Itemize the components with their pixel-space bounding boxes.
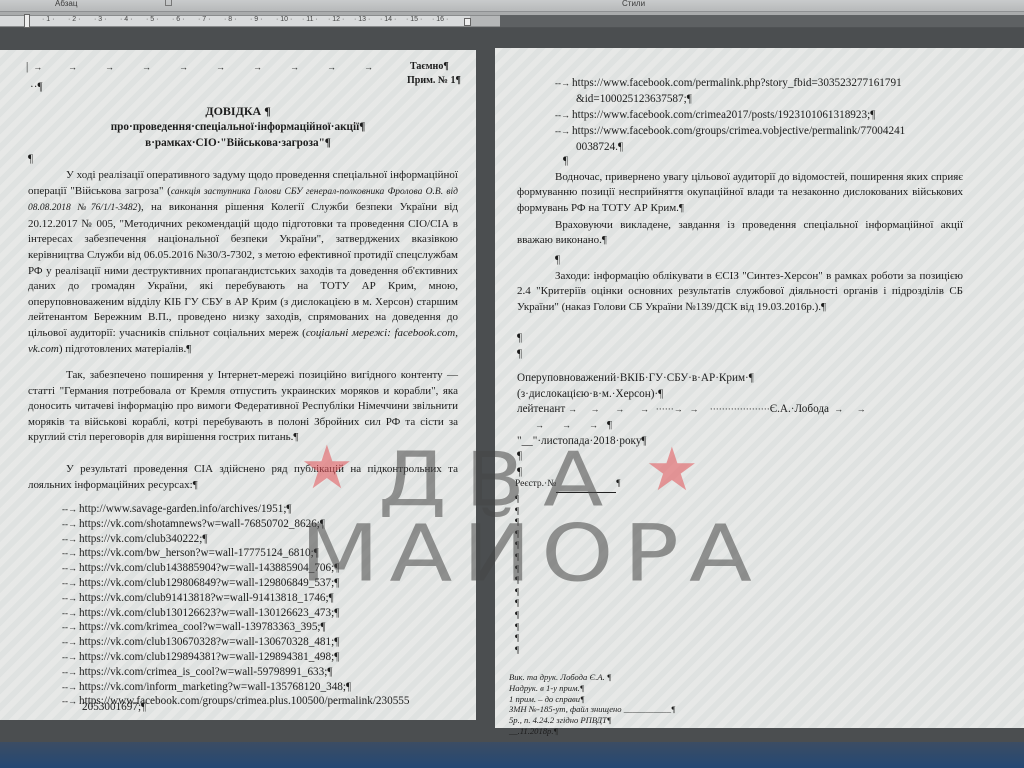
publication-link: --→https://vk.com/bw_herson?w=wall-17775… xyxy=(62,546,319,561)
publication-link: --→https://vk.com/crimea_is_cool?w=wall-… xyxy=(62,665,332,680)
tab-arrow-icon: --→ xyxy=(555,108,572,123)
tab-arrow-icon: --→ xyxy=(62,546,79,561)
tab-arrow-icon: --→ xyxy=(62,517,79,532)
tab-arrow-icon: --→ xyxy=(555,76,572,91)
blank-paragraph: ··¶ xyxy=(30,80,43,95)
document-subtitle-2: в·рамках·СІО·"Військова·загроза"¶ xyxy=(0,136,476,151)
ribbon-group-captions: Абзац Стили xyxy=(0,0,1024,12)
empty-paragraph: ¶ xyxy=(563,154,568,169)
tab-arrow-icon: --→ xyxy=(62,561,79,576)
empty-paragraph: ¶ xyxy=(515,517,519,527)
empty-paragraph: ¶ xyxy=(515,575,519,585)
tab-row: | →→→→→→→→→→ xyxy=(26,60,401,75)
body-paragraph-5: Враховуючи викладене, завдання із провед… xyxy=(517,218,963,249)
empty-paragraph: ¶ xyxy=(517,449,522,464)
empty-paragraph: ¶ xyxy=(515,610,519,620)
paragraph-dialog-launcher-icon[interactable] xyxy=(165,0,172,6)
tab-arrow-icon: --→ xyxy=(62,502,79,517)
empty-paragraph: ¶ xyxy=(517,331,522,346)
ruler-tick-label: · 10 · xyxy=(276,16,292,23)
empty-paragraph: ¶ xyxy=(515,540,519,550)
ruler-tick-label: · 3 · xyxy=(94,16,106,23)
ruler-tick-label: · 4 · xyxy=(120,16,132,23)
empty-paragraph: ¶ xyxy=(517,347,522,362)
empty-paragraph: ¶ xyxy=(515,633,519,643)
signature-position: Оперуповноважений·ВКІБ·ГУ·СБУ·в·АР·Крим·… xyxy=(517,371,754,386)
registry-number: Реєстр.·№ ¶ xyxy=(515,477,621,493)
ruler-tick-label: · 11 · xyxy=(302,16,318,23)
document-page-left[interactable]: | →→→→→→→→→→ Таємно¶ Прим. № 1¶ ··¶ ДОВІ… xyxy=(0,50,476,720)
publication-link: --→https://vk.com/club143885904?w=wall-1… xyxy=(62,561,339,576)
tab-arrow-icon: --→ xyxy=(62,694,79,709)
ruler-tick-label: · 12 · xyxy=(328,16,344,23)
empty-paragraph: ¶ xyxy=(515,622,519,632)
footer-note-line: __.11.2018р.¶ xyxy=(509,726,558,736)
publication-link: --→https://www.facebook.com/groups/crime… xyxy=(555,124,905,139)
publication-link: --→https://www.facebook.com/permalink.ph… xyxy=(555,76,902,91)
empty-paragraph: ¶ xyxy=(515,529,519,539)
empty-paragraph: ¶ xyxy=(515,564,519,574)
ruler-tick-label: · 15 · xyxy=(406,16,422,23)
ruler-tick-label: · 13 · xyxy=(354,16,370,23)
right-indent-marker[interactable] xyxy=(464,18,471,26)
empty-paragraph: ¶ xyxy=(515,506,519,516)
ruler-tick-label: · 7 · xyxy=(198,16,210,23)
footer-note-line: 5р., п. 4.24.2 згідно РПВДТ¶ xyxy=(509,715,611,725)
publication-link: --→https://vk.com/club130126623?w=wall-1… xyxy=(62,606,339,621)
tab-arrow-icon: --→ xyxy=(62,576,79,591)
publication-link: --→https://vk.com/club130670328?w=wall-1… xyxy=(62,635,339,650)
tab-arrow-icon: --→ xyxy=(62,620,79,635)
publication-link: --→https://vk.com/club129806849?w=wall-1… xyxy=(62,576,339,591)
publication-link-continuation: 0038724.¶ xyxy=(576,140,623,155)
body-paragraph-1: У ході реалізації оперативного задуму що… xyxy=(28,168,458,357)
tab-arrow-icon: --→ xyxy=(62,650,79,665)
footer-note-line: 1 прим. – до справи¶ xyxy=(509,694,585,704)
body-paragraph-2: Так, забезпечено поширення у Інтернет-ме… xyxy=(28,368,458,446)
ruler-background xyxy=(500,15,1024,27)
publication-link: --→https://www.facebook.com/crimea2017/p… xyxy=(555,108,875,123)
publication-link: --→https://vk.com/inform_marketing?w=wal… xyxy=(62,680,351,695)
tab-row: → → → ¶ xyxy=(535,418,612,433)
ruler-tick-label: · 1 · xyxy=(42,16,54,23)
tab-arrow-icon: --→ xyxy=(62,532,79,547)
empty-paragraph: ¶ xyxy=(515,494,519,504)
ruler-tick-label: · 5 · xyxy=(146,16,158,23)
taskbar-edge xyxy=(0,742,1024,768)
empty-paragraph: ¶ xyxy=(28,152,33,167)
document-subtitle-1: про·проведення·спеціальної·інформаційної… xyxy=(0,120,476,135)
tab-arrow-icon: --→ xyxy=(62,665,79,680)
tab-arrow-icon: --→ xyxy=(62,591,79,606)
text-cursor: | xyxy=(26,61,28,73)
ruler-tick-label: · 14 · xyxy=(380,16,396,23)
ruler-tick-label: · 8 · xyxy=(224,16,236,23)
tab-arrow-icon: --→ xyxy=(62,680,79,695)
ruler-tick-label: · 6 · xyxy=(172,16,184,23)
publication-link: --→https://vk.com/club340222;¶ xyxy=(62,532,207,547)
empty-paragraph: ¶ xyxy=(515,645,519,655)
signature-line: лейтенант → → → → ······→ → ············… xyxy=(517,402,866,417)
left-indent-marker[interactable] xyxy=(24,14,30,28)
ruler-tick-label: · 16 · xyxy=(432,16,448,23)
link-continuation: 2053001697;¶ xyxy=(82,700,146,715)
horizontal-ruler[interactable]: · 1 ·· 2 ·· 3 ·· 4 ·· 5 ·· 6 ·· 7 ·· 8 ·… xyxy=(0,15,500,27)
paragraph-group-caption: Абзац xyxy=(55,0,77,8)
ruler-tick-label: · 9 · xyxy=(250,16,262,23)
publication-link: --→https://vk.com/club91413818?w=wall-91… xyxy=(62,591,334,606)
tab-arrow-icon: --→ xyxy=(555,124,572,139)
document-page-right[interactable]: --→https://www.facebook.com/permalink.ph… xyxy=(495,48,1024,728)
signature-date: "__"·листопада·2018·року¶ xyxy=(517,434,646,449)
tab-arrow-icon: --→ xyxy=(62,635,79,650)
footer-note-line: ЗМН №-185-ут, файл знищено ___________¶ xyxy=(509,704,676,714)
signature-location: (з·дислокацією·в·м.·Херсон)·¶ xyxy=(517,387,663,402)
ruler-tick-label: · 2 · xyxy=(68,16,80,23)
empty-paragraph: ¶ xyxy=(515,552,519,562)
publication-link: --→https://vk.com/club129894381?w=wall-1… xyxy=(62,650,339,665)
body-paragraph-3: У результаті проведення СІА здійснено ря… xyxy=(28,462,458,493)
copy-number: Прим. № 1¶ xyxy=(407,73,461,88)
footer-note-line: Надрук. в 1-у прим.¶ xyxy=(509,683,584,693)
signer-name: Є.А.·Лобода xyxy=(770,403,829,415)
body-paragraph-4: Водночас, привернено увагу цільової ауди… xyxy=(517,170,963,216)
tab-arrow-icon: --→ xyxy=(62,606,79,621)
signer-rank: лейтенант xyxy=(517,403,565,415)
publication-link: --→https://vk.com/shotamnews?w=wall-7685… xyxy=(62,517,325,532)
ruler-margin-area xyxy=(470,16,500,26)
document-workspace: | →→→→→→→→→→ Таємно¶ Прим. № 1¶ ··¶ ДОВІ… xyxy=(0,28,1024,768)
empty-paragraph: ¶ xyxy=(555,253,560,268)
styles-group-caption: Стили xyxy=(622,0,645,8)
footer-note-line: Вик. та друк. Лобода Є.А. ¶ xyxy=(509,672,611,682)
publication-link: --→http://www.savage-garden.info/archive… xyxy=(62,502,292,517)
publication-link: --→https://vk.com/krimea_cool?w=wall-139… xyxy=(62,620,326,635)
body-paragraph-6: Заходи: інформацію облікувати в ЄСІЗ "Си… xyxy=(517,269,963,315)
empty-paragraph: ¶ xyxy=(515,587,519,597)
publication-link-continuation: &id=100025123637587;¶ xyxy=(576,92,692,107)
empty-paragraph: ¶ xyxy=(515,598,519,608)
document-title: ДОВІДКА ¶ xyxy=(0,104,476,119)
